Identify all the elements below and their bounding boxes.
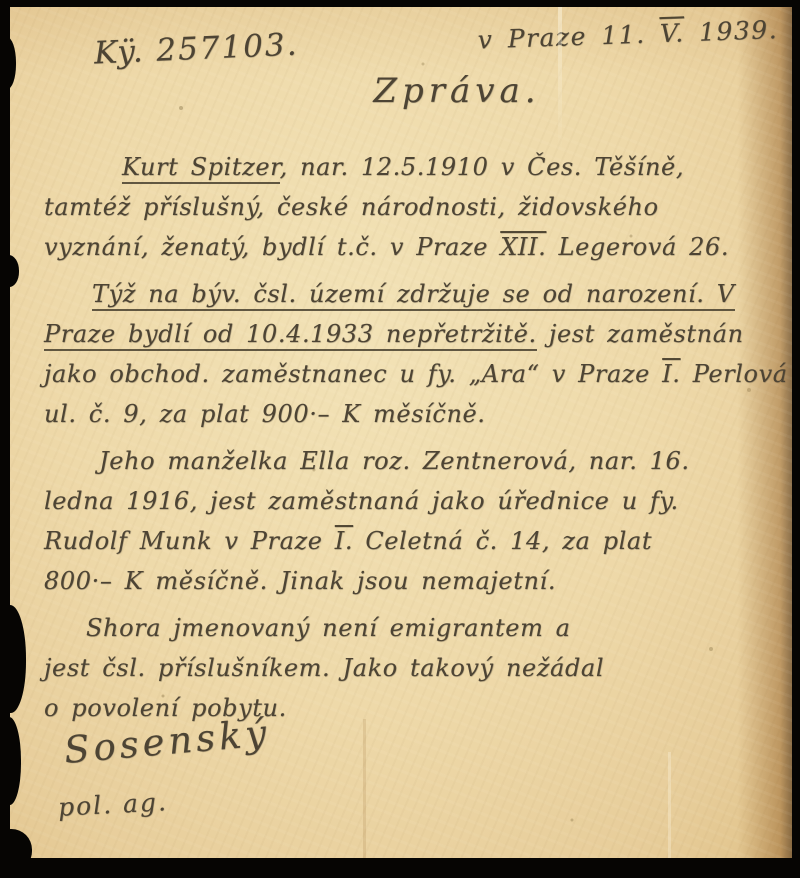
dateline: v Praze 11. V. 1939. <box>478 15 779 54</box>
text-line: Rudolf Munk v Praze I. Celetná č. 14, za… <box>44 521 788 561</box>
signature-role: pol. ag. <box>57 787 168 822</box>
report-body: Kurt Spitzer, nar. 12.5.1910 v Čes. Těší… <box>44 147 788 735</box>
dust-specks <box>10 7 12 9</box>
report-title: Zpráva. <box>10 71 792 111</box>
text-segment: jest zaměstnán <box>537 320 744 348</box>
text-line: vyznání, ženatý, bydlí t.č. v Praze XII.… <box>44 227 788 267</box>
text-segment: vyznání, ženatý, bydlí t.č. v Praze <box>44 233 500 261</box>
text-line: Shora jmenovaný není emigrantem a <box>44 608 788 648</box>
text-segment: I. <box>335 527 353 555</box>
text-line: 800·– K měsíčně. Jinak jsou nemajetní. <box>44 561 788 601</box>
text-segment: V. <box>660 18 686 48</box>
text-segment: jest čsl. příslušníkem. Jako takový nežá… <box>44 654 604 682</box>
scan-edge-tear <box>10 717 21 805</box>
text-line: tamtéž příslušný, české národnosti, žido… <box>44 187 788 227</box>
text-line: Týž na býv. čsl. území zdržuje se od nar… <box>44 274 788 314</box>
text-segment: 1939. <box>685 15 779 47</box>
text-line: Jeho manželka Ella roz. Zentnerová, nar.… <box>44 441 788 481</box>
text-line: ul. č. 9, za plat 900·– K měsíčně. <box>44 394 788 434</box>
text-segment: Jeho manželka Ella roz. Zentnerová, nar.… <box>99 447 690 475</box>
scanned-document: Kÿ. 257103. v Praze 11. V. 1939. Zpráva.… <box>0 0 800 878</box>
text-segment: tamtéž příslušný, české národnosti, žido… <box>44 193 659 221</box>
text-segment: ledna 1916, jest zaměstnaná jako úřednic… <box>44 487 679 515</box>
paragraph-identity: Kurt Spitzer, nar. 12.5.1910 v Čes. Těší… <box>44 147 788 267</box>
paper-crease <box>363 719 366 858</box>
text-segment: Shora jmenovaný není emigrantem a <box>86 614 571 642</box>
text-segment: Perlová <box>680 360 787 388</box>
text-segment: 800·– K měsíčně. Jinak jsou nemajetní. <box>44 567 556 595</box>
text-segment: Legerová 26. <box>546 233 729 261</box>
text-segment: I. <box>662 360 680 388</box>
text-segment: Praze bydlí od 10.4.1933 nepřetržitě. <box>44 320 537 351</box>
text-line: jest čsl. příslušníkem. Jako takový nežá… <box>44 648 788 688</box>
text-segment: jako obchod. zaměstnanec u fy. „Ara“ v P… <box>44 360 662 388</box>
paper-crease <box>668 752 671 858</box>
text-line: Kurt Spitzer, nar. 12.5.1910 v Čes. Těší… <box>44 147 788 187</box>
text-segment: Rudolf Munk v Praze <box>44 527 335 555</box>
text-segment: Celetná č. 14, za plat <box>353 527 652 555</box>
text-segment: XII. <box>500 233 546 261</box>
text-line: ledna 1916, jest zaměstnaná jako úřednic… <box>44 481 788 521</box>
text-segment: v Praze 11. <box>478 19 661 54</box>
text-segment: , nar. 12.5.1910 v Čes. Těšíně, <box>280 153 684 181</box>
text-segment: Týž na býv. čsl. území zdržuje se od nar… <box>92 280 735 311</box>
paragraph-residence-employment: Týž na býv. čsl. území zdržuje se od nar… <box>44 274 788 434</box>
scan-edge-tear <box>10 255 19 287</box>
scan-edge-tear <box>10 829 32 858</box>
text-segment: ul. č. 9, za plat 900·– K měsíčně. <box>44 400 486 428</box>
scan-edge-tear <box>10 605 26 713</box>
reference-number: Kÿ. 257103. <box>93 27 299 72</box>
paragraph-status: Shora jmenovaný není emigrantem a jest č… <box>44 608 788 728</box>
text-line: jako obchod. zaměstnanec u fy. „Ara“ v P… <box>44 354 788 394</box>
paper-sheet: Kÿ. 257103. v Praze 11. V. 1939. Zpráva.… <box>10 7 792 858</box>
text-line: Praze bydlí od 10.4.1933 nepřetržitě. je… <box>44 314 788 354</box>
paragraph-wife: Jeho manželka Ella roz. Zentnerová, nar.… <box>44 441 788 601</box>
text-segment: Kurt Spitzer <box>122 153 280 184</box>
